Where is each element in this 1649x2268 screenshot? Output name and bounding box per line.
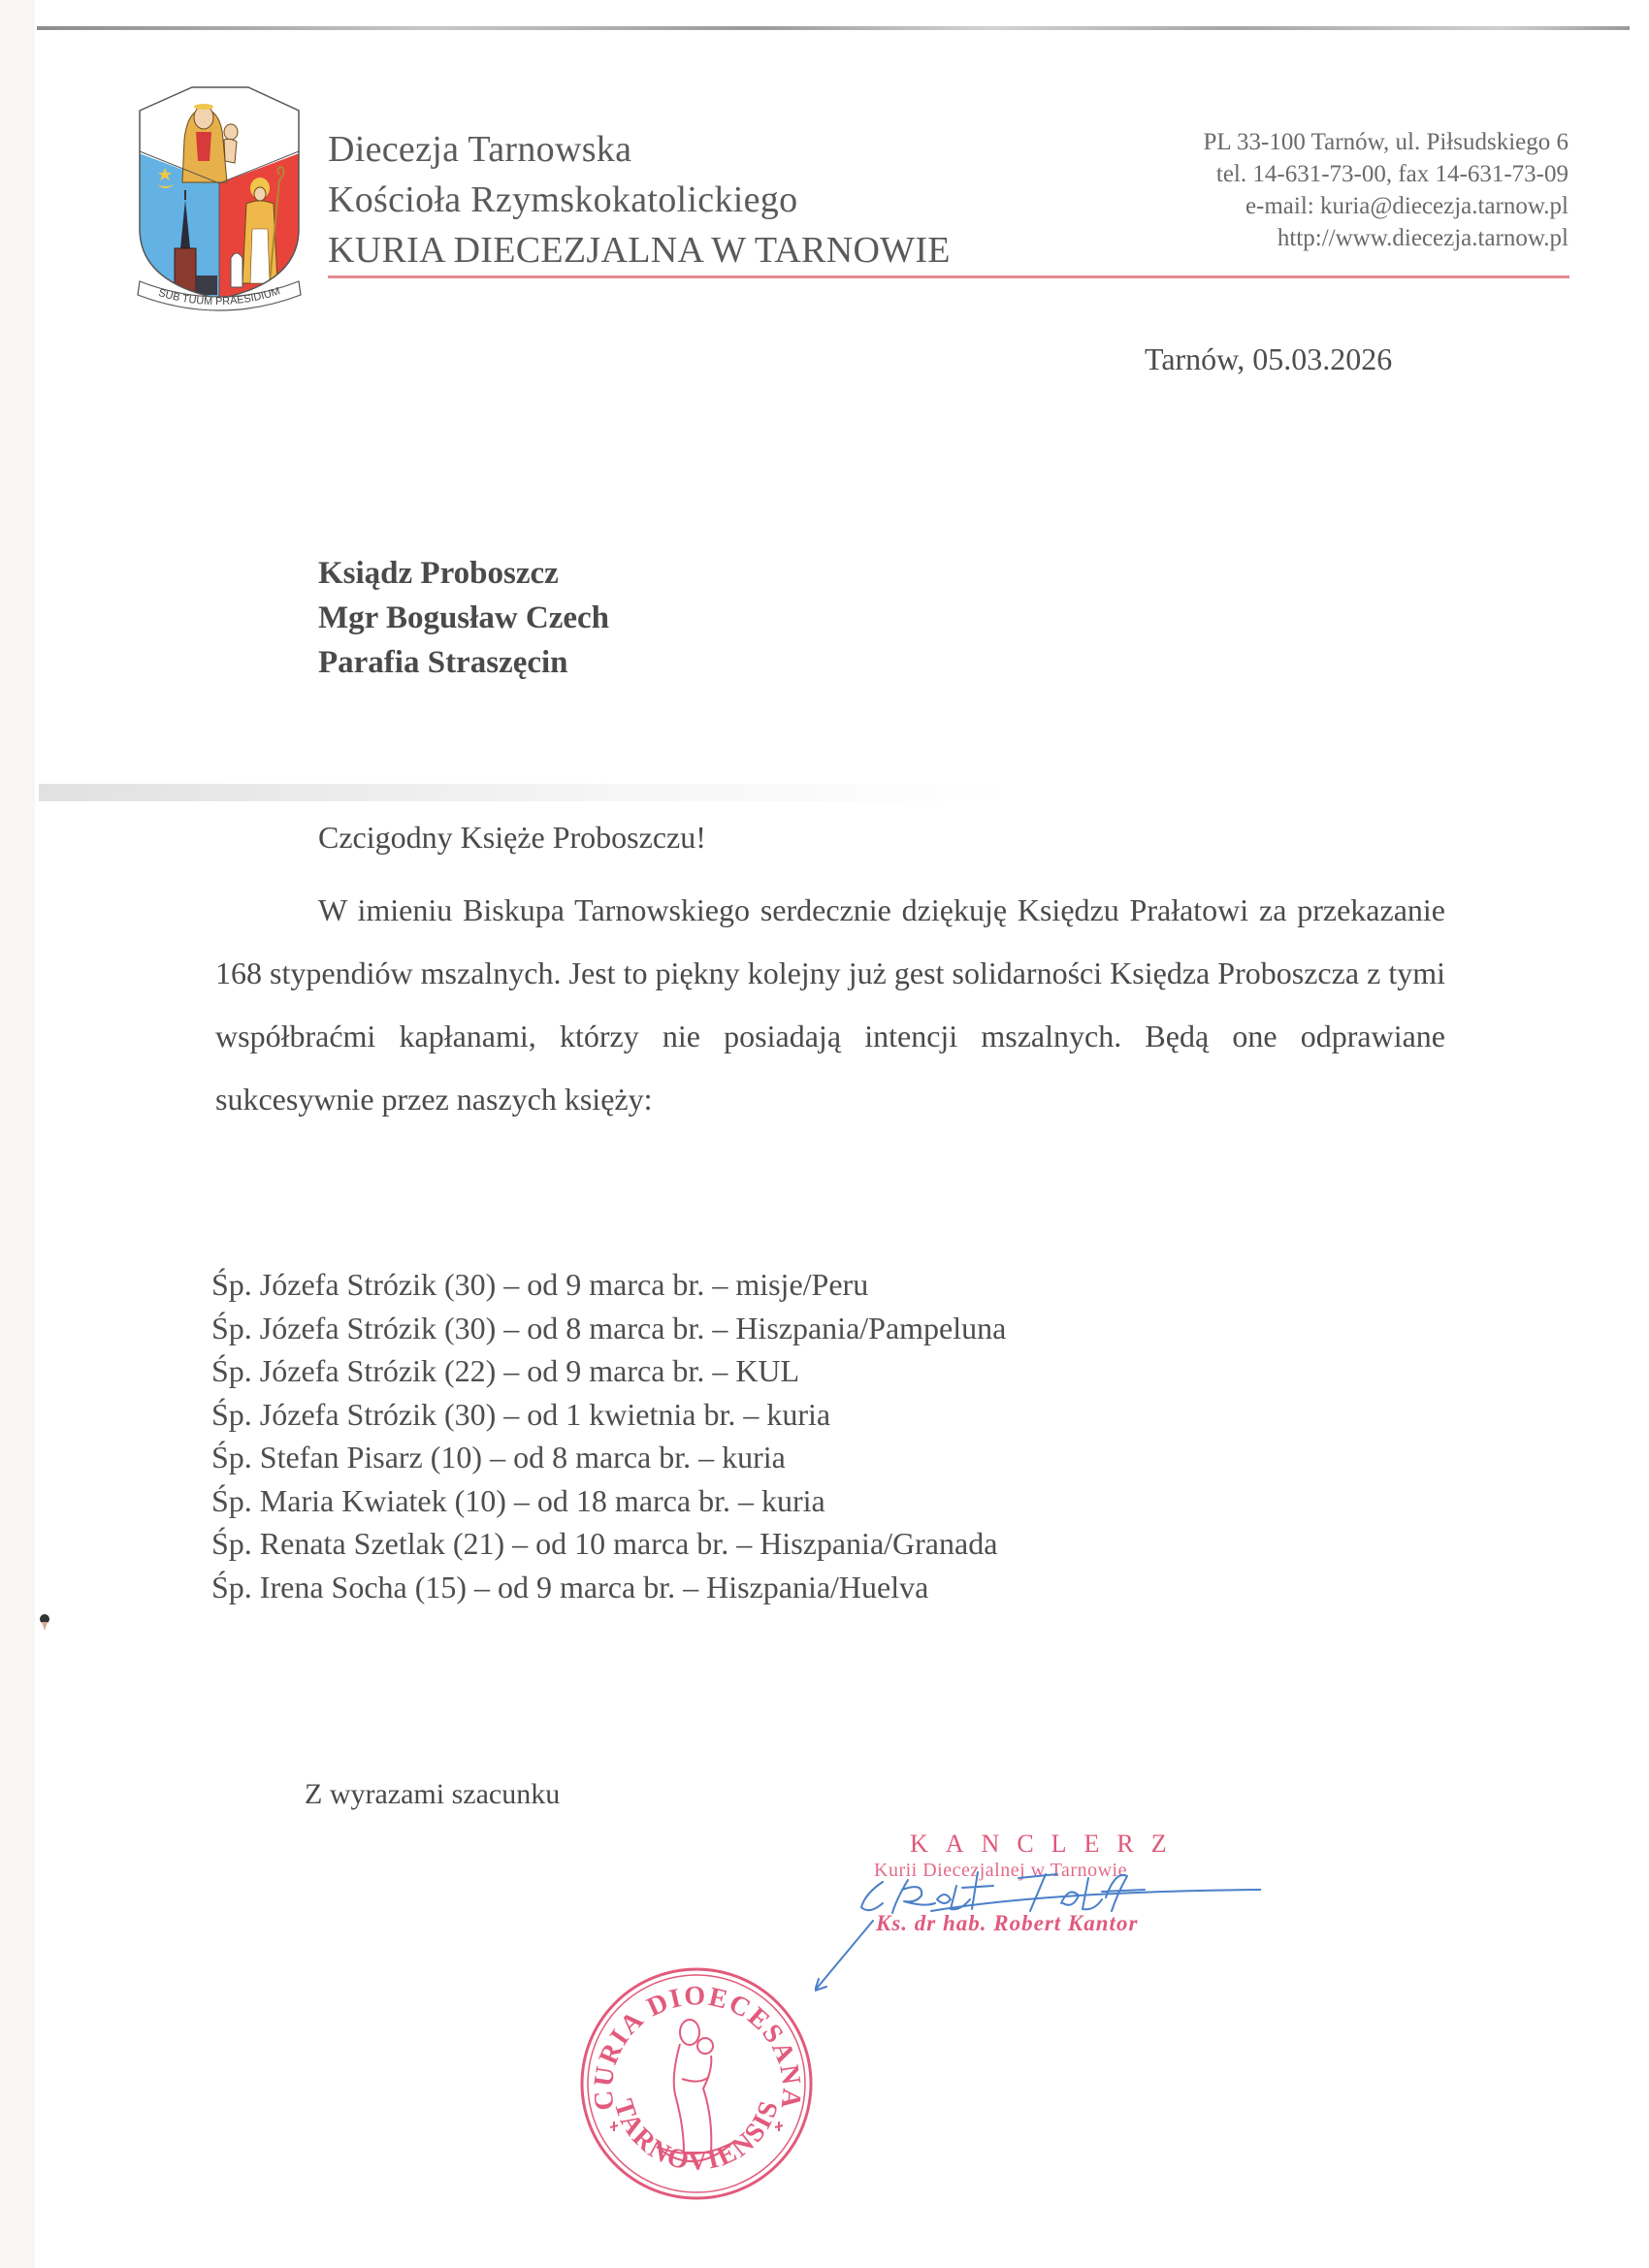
- body-paragraph: W imieniu Biskupa Tarnowskiego serdeczni…: [215, 879, 1445, 1131]
- intentions-list: Śp. Józefa Strózik (30) – od 9 marca br.…: [211, 1263, 1006, 1608]
- diocese-coat-of-arms-icon: SUB TUUM PRAESIDIUM: [134, 83, 305, 316]
- website-url: http://www.diecezja.tarnow.pl: [1204, 222, 1569, 254]
- diocesan-seal-icon: CURIA DIOECESANA TARNOVIENSIS: [575, 1962, 818, 2205]
- list-item: Śp. Irena Socha (15) – od 9 marca br. – …: [211, 1566, 1006, 1609]
- recipient-parish: Parafia Straszęcin: [318, 640, 609, 685]
- scan-top-edge-line: [37, 26, 1630, 30]
- org-name-line-1: Diecezja Tarnowska: [328, 124, 951, 175]
- salutation: Czcigodny Księże Proboszczu!: [318, 820, 706, 856]
- list-item: Śp. Józefa Strózik (30) – od 1 kwietnia …: [211, 1393, 1006, 1437]
- handwritten-signature-icon: [815, 1843, 1261, 1998]
- org-name-line-3: KURIA DIECEZJALNA W TARNOWIE: [328, 225, 951, 275]
- list-item: Śp. Józefa Strózik (22) – od 9 marca br.…: [211, 1349, 1006, 1393]
- list-item: Śp. Józefa Strózik (30) – od 9 marca br.…: [211, 1263, 1006, 1307]
- svg-text:TARNOVIENSIS: TARNOVIENSIS: [608, 2095, 786, 2176]
- scan-page-edge: [0, 0, 35, 2268]
- list-item: Śp. Maria Kwiatek (10) – od 18 marca br.…: [211, 1479, 1006, 1523]
- recipient-block: Ksiądz Proboszcz Mgr Bogusław Czech Para…: [318, 551, 609, 685]
- address: PL 33-100 Tarnów, ul. Piłsudskiego 6: [1204, 126, 1569, 158]
- list-item: Śp. Józefa Strózik (30) – od 8 marca br.…: [211, 1307, 1006, 1350]
- scan-ink-dot: [39, 1613, 50, 1631]
- org-name-line-2: Kościoła Rzymskokatolickiego: [328, 175, 951, 225]
- closing-phrase: Z wyrazami szacunku: [305, 1778, 560, 1811]
- recipient-name: Mgr Bogusław Czech: [318, 596, 609, 640]
- letterhead-organization: Diecezja Tarnowska Kościoła Rzymskokatol…: [328, 124, 951, 275]
- recipient-title: Ksiądz Proboszcz: [318, 551, 609, 596]
- list-item: Śp. Renata Szetlak (21) – od 10 marca br…: [211, 1522, 1006, 1566]
- letterhead-contact: PL 33-100 Tarnów, ul. Piłsudskiego 6 tel…: [1204, 126, 1569, 254]
- phone-fax: tel. 14-631-73-00, fax 14-631-73-09: [1204, 158, 1569, 190]
- scan-smudge: [39, 784, 1009, 801]
- list-item: Śp. Stefan Pisarz (10) – od 8 marca br. …: [211, 1436, 1006, 1479]
- letter-date: Tarnów, 05.03.2026: [1145, 341, 1392, 377]
- email-address: e-mail: kuria@diecezja.tarnow.pl: [1204, 190, 1569, 222]
- letterhead-divider: [328, 275, 1569, 278]
